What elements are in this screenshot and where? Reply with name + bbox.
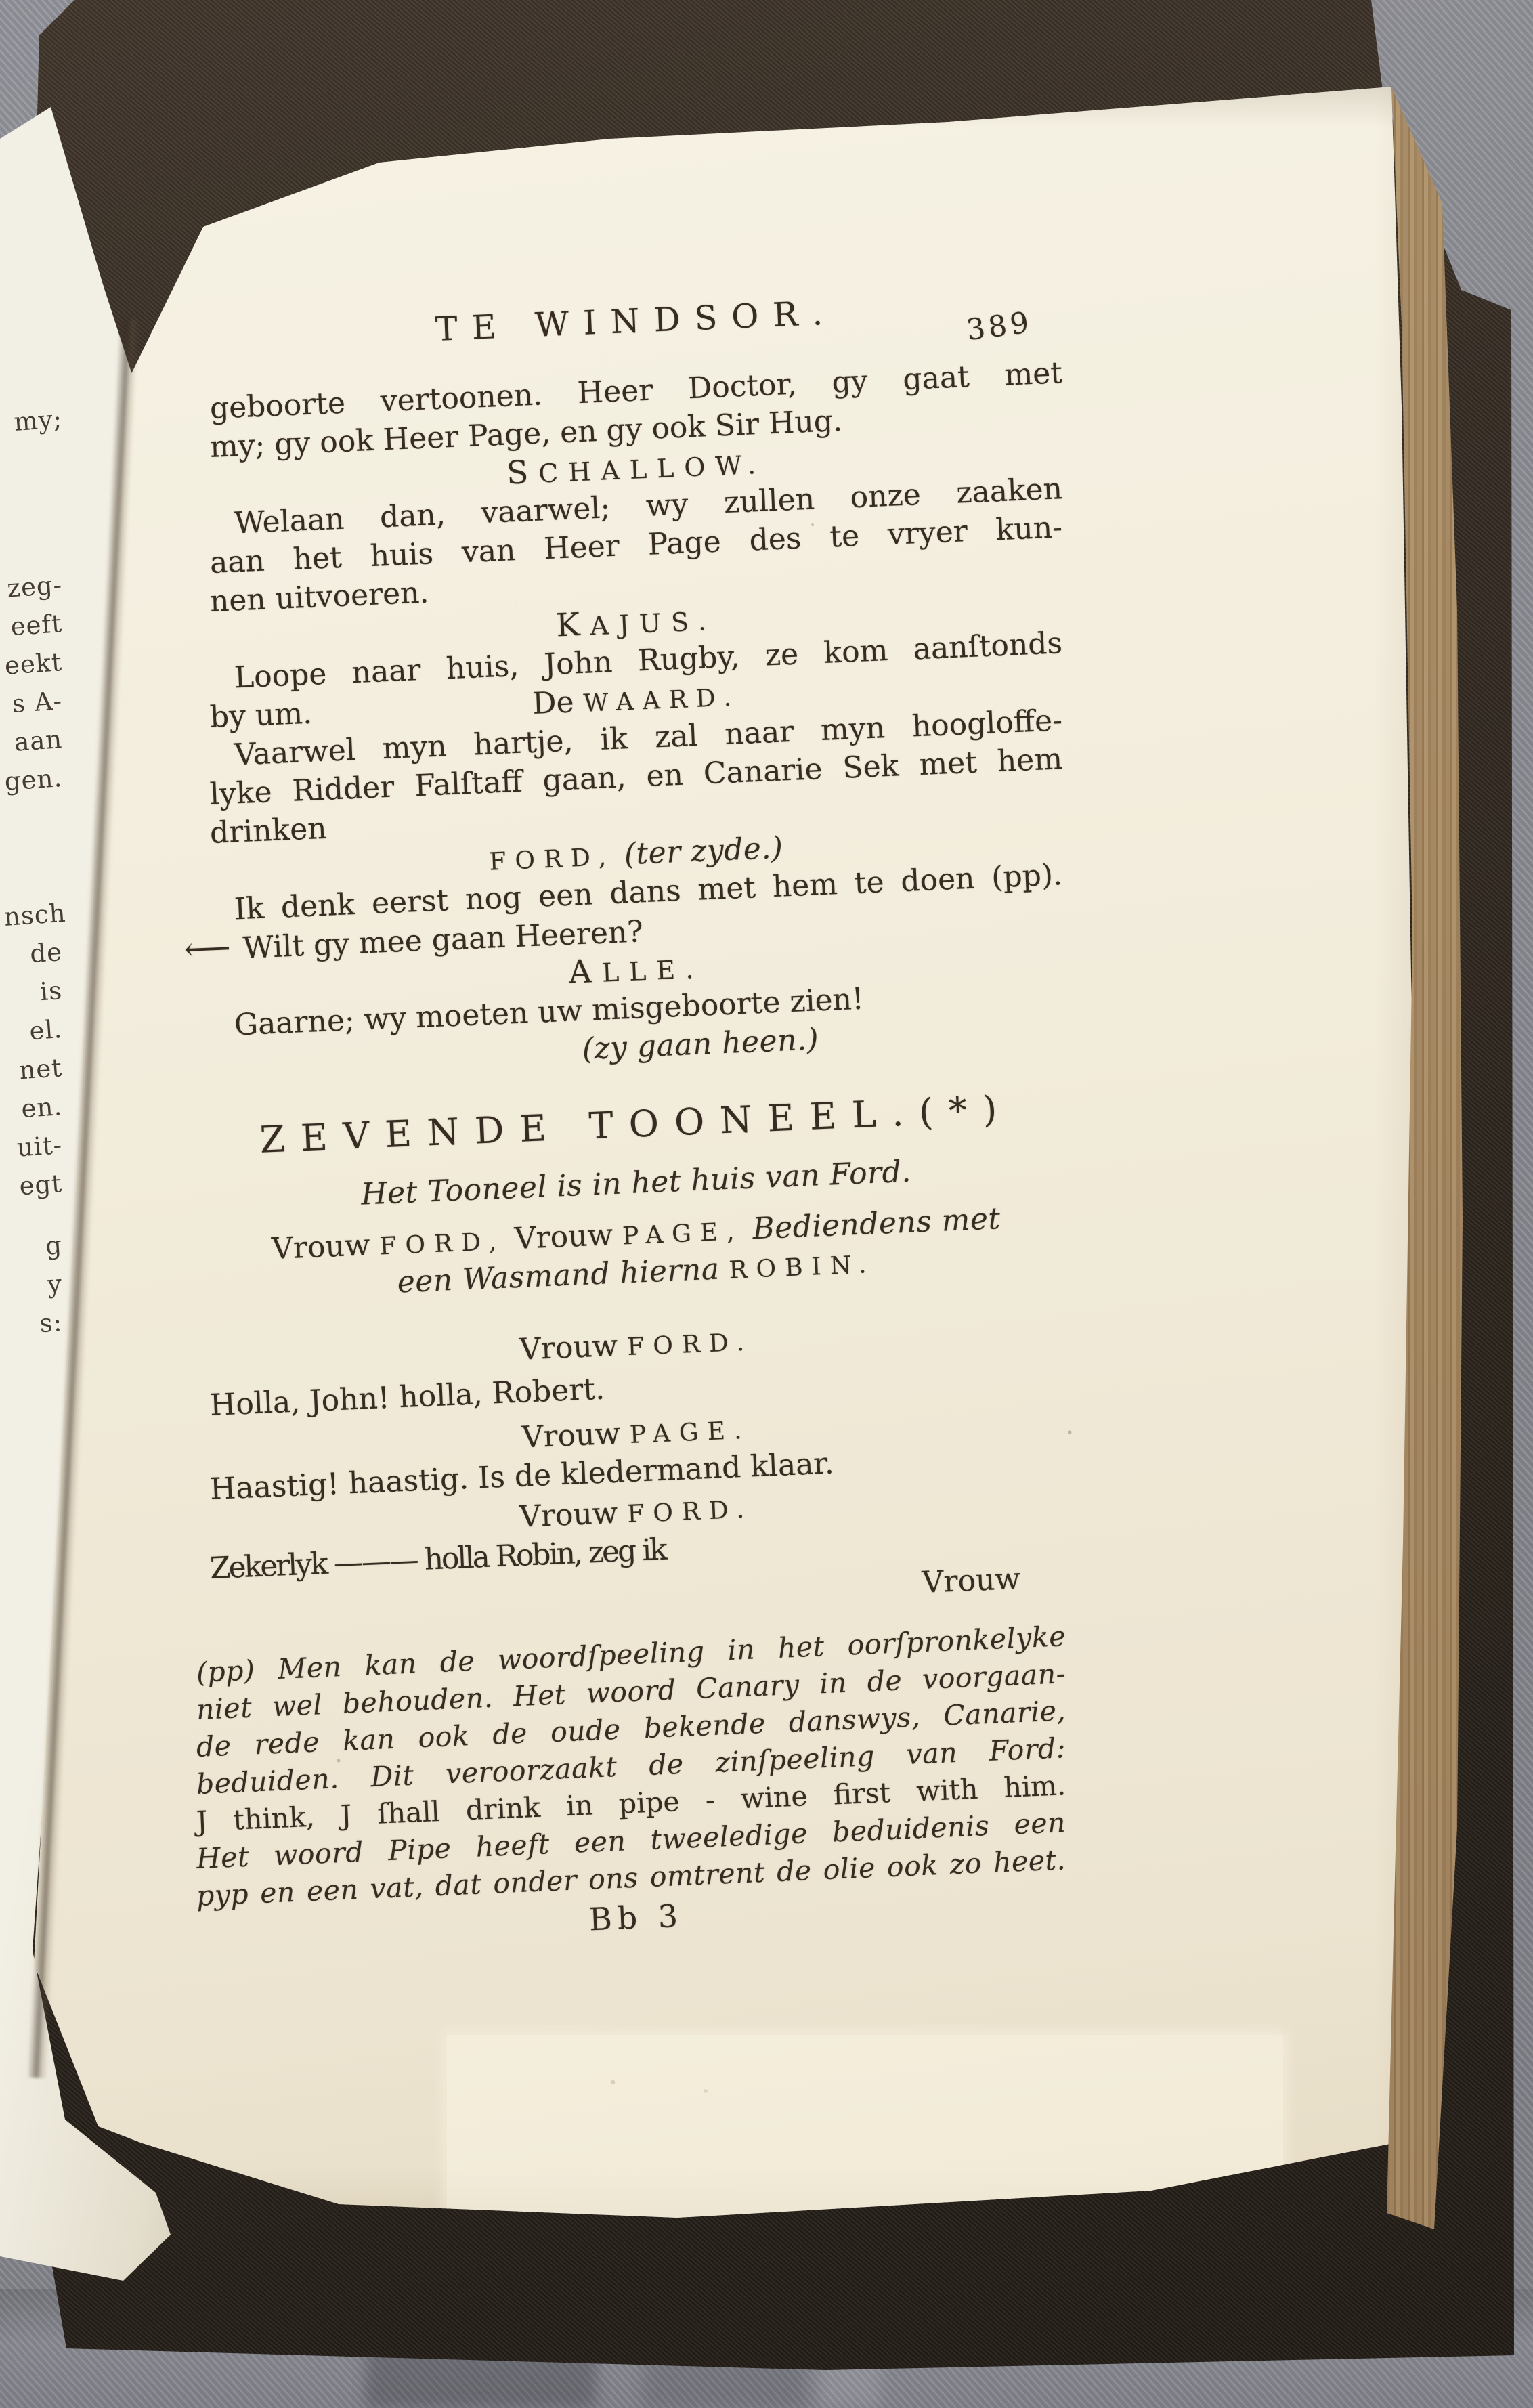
left-page-fragment: s A-	[3, 686, 64, 719]
left-page-fragment: is	[3, 976, 64, 1009]
right-page: TE WINDSOR. 389 geboorte vertoonen. Heer…	[14, 81, 1435, 2248]
left-page-fragment: en.	[3, 1092, 64, 1125]
book-photo: { "colors": { "paper": "#f2ecdb", "cover…	[0, 0, 1533, 2408]
left-page-fragment: s:	[3, 1308, 64, 1341]
left-page-fragment: zeg-	[3, 570, 64, 603]
left-page-fragment: my;	[3, 404, 64, 437]
left-page-fragment: gen.	[3, 763, 64, 796]
page-text: TE WINDSOR. 389 geboorte vertoonen. Heer…	[210, 318, 1063, 1956]
left-page-fragment: egt	[3, 1169, 64, 1202]
stage-direction: (ter zyde.)	[624, 831, 784, 872]
dash-arrow-mark: ⟵	[183, 929, 232, 970]
left-page-fragment: eekt	[3, 647, 64, 681]
left-page-fragment: g	[3, 1230, 64, 1264]
page-number: 389	[964, 301, 1035, 351]
left-page-fragment: nsch	[3, 899, 64, 932]
left-page-fragment: aan	[3, 725, 64, 758]
page-title: TE WINDSOR.	[435, 293, 838, 349]
left-page-fragment: net	[3, 1053, 64, 1086]
left-page-fragment: de	[3, 937, 64, 970]
page-header: TE WINDSOR. 389	[209, 282, 1063, 360]
left-page-fragment: y	[3, 1269, 64, 1302]
left-page-fragment: eeft	[3, 609, 64, 642]
left-page-fragment: uit-	[3, 1130, 64, 1163]
left-page-fragment: el.	[3, 1014, 64, 1048]
